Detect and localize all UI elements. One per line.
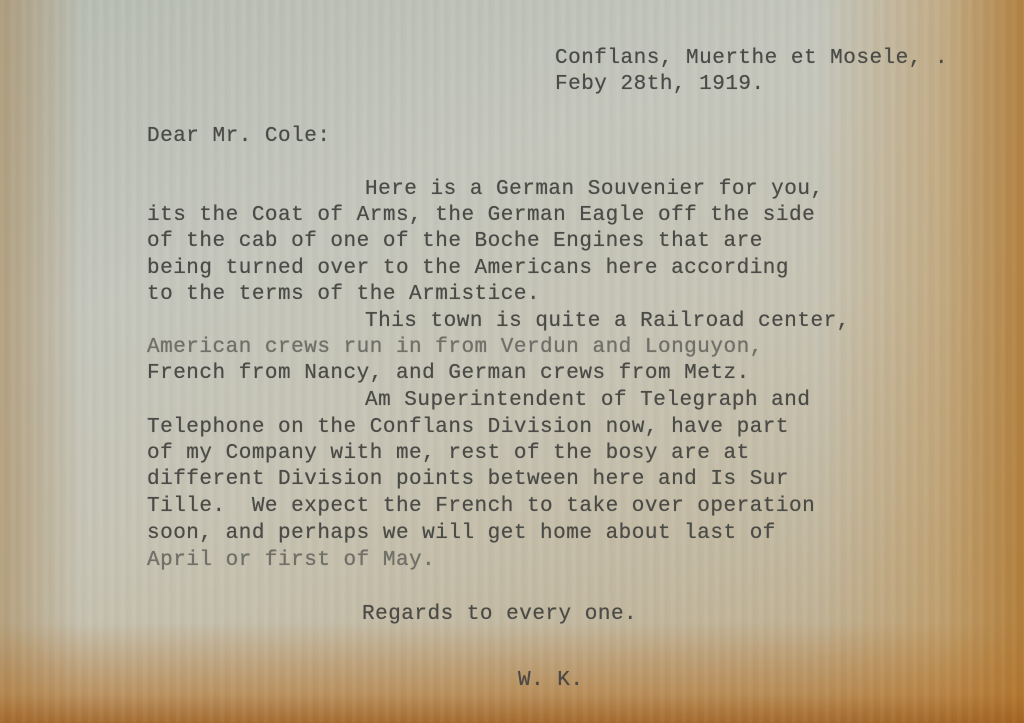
paragraph-3-line-7: April or first of May. [147,548,435,574]
paragraph-3-line-5: Tille. We expect the French to take over… [147,494,815,520]
typewritten-letter: Conflans, Muerthe et Mosele, . Feby 28th… [0,0,1024,723]
paragraph-2-line-3: French from Nancy, and German crews from… [147,361,750,387]
paragraph-3-line-2: Telephone on the Conflans Division now, … [147,415,789,441]
paragraph-2-line-1: This town is quite a Railroad center, [365,309,850,335]
letter-heading-place: Conflans, Muerthe et Mosele, . [555,46,948,72]
paragraph-1-line-4: being turned over to the Americans here … [147,256,789,282]
paragraph-1-line-3: of the cab of one of the Boche Engines t… [147,229,763,255]
paragraph-1-line-2: its the Coat of Arms, the German Eagle o… [147,203,815,229]
letter-signature: W. K. [518,668,584,694]
paragraph-3-line-3: of my Company with me, rest of the bosy … [147,441,750,467]
letter-closing: Regards to every one. [362,602,637,628]
letter-heading-date: Feby 28th, 1919. [555,72,765,98]
paragraph-3-line-1: Am Superintendent of Telegraph and [365,388,810,414]
paragraph-3-line-4: different Division points between here a… [147,467,789,493]
paragraph-1-line-1: Here is a German Souvenier for you, [365,177,824,203]
letter-salutation: Dear Mr. Cole: [147,124,330,150]
paragraph-1-line-5: to the terms of the Armistice. [147,282,540,308]
paragraph-2-line-2: American crews run in from Verdun and Lo… [147,335,763,361]
paragraph-3-line-6: soon, and perhaps we will get home about… [147,521,776,547]
